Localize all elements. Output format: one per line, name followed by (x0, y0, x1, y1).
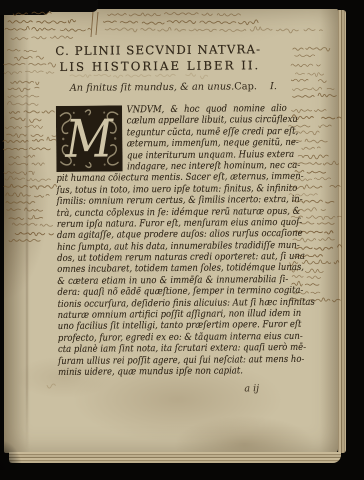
woodcut-initial-m: M (56, 105, 123, 172)
title-line-1: C. PLINII SECVNDI NATVRA- (55, 42, 261, 58)
body-text: M VNDVM, & hoc quod nomine aliocælum app… (56, 103, 289, 378)
printed-text-block: C. PLINII SECVNDI NATVRA- LIS HISTORIAE … (0, 0, 364, 480)
body-last-line: minis uidere, quæ mundus ipſe non capiat… (58, 365, 289, 378)
drop-cap-initial: M (56, 105, 123, 172)
book-scan: C. PLINII SECVNDI NATVRA- LIS HISTORIAE … (0, 0, 364, 480)
title-line-2: LIS HISTORIAE LIBER II. (59, 58, 260, 74)
drop-cap-letter: M (64, 108, 115, 170)
chapter-heading-row: An finitus ſit mundus, & an unus. Cap. I… (70, 81, 268, 94)
signature-mark: a ij (244, 383, 259, 394)
chapter-number: I. (270, 81, 277, 92)
chapter-label: Cap. (234, 81, 257, 92)
chapter-title: An finitus ſit mundus, & an unus. (70, 81, 235, 93)
